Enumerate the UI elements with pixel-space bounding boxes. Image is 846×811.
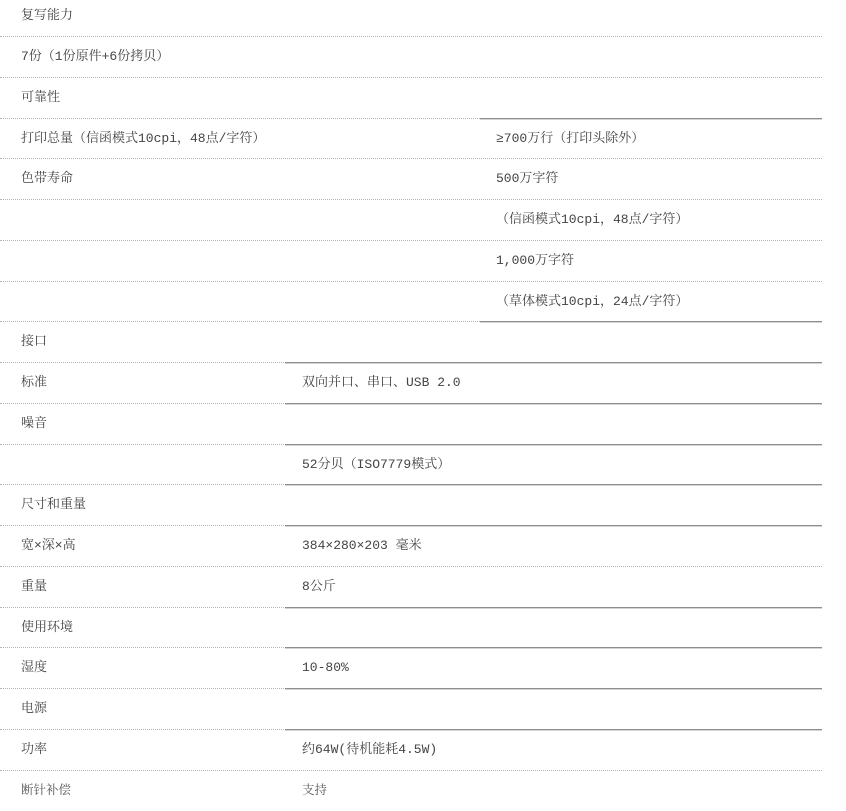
spec-label: 功率 — [21, 730, 47, 771]
section-heading: 接口 — [21, 322, 47, 363]
row-divider — [285, 444, 822, 445]
row-divider — [480, 321, 822, 322]
spec-value: ≥700万行（打印头除外） — [496, 119, 644, 160]
spec-row: 52分贝（ISO7779模式） — [0, 445, 822, 486]
spec-row: 色带寿命 500万字符 — [0, 159, 822, 200]
section-heading: 复写能力 — [21, 0, 73, 37]
spec-row: 7份（1份原件+6份拷贝） — [0, 37, 822, 78]
section-heading: 噪音 — [21, 404, 47, 445]
row-divider — [285, 729, 822, 730]
spec-label: 7份（1份原件+6份拷贝） — [21, 37, 169, 78]
spec-table: 复写能力 7份（1份原件+6份拷贝） 可靠性 打印总量（信函模式10cpi，48… — [0, 0, 822, 809]
spec-label: 重量 — [21, 567, 47, 608]
spec-value: （草体模式10cpi，24点/字符） — [496, 282, 688, 323]
spec-section-row: 复写能力 — [0, 0, 822, 37]
spec-row: 功率 约64W(待机能耗4.5W) — [0, 730, 822, 771]
row-divider — [285, 607, 822, 608]
spec-section-row: 可靠性 — [0, 78, 822, 119]
spec-value: 500万字符 — [496, 159, 558, 200]
row-divider — [480, 118, 822, 119]
spec-row: （草体模式10cpi，24点/字符） — [0, 282, 822, 323]
spec-row: 标准 双向并口、串口、USB 2.0 — [0, 363, 822, 404]
spec-row: 断针补偿 支持 — [0, 771, 822, 810]
spec-value: 1,000万字符 — [496, 241, 574, 282]
row-divider — [285, 688, 822, 689]
section-heading: 使用环境 — [21, 608, 73, 649]
row-divider — [285, 525, 822, 526]
spec-value: 双向并口、串口、USB 2.0 — [302, 363, 461, 404]
section-heading: 尺寸和重量 — [21, 485, 86, 526]
spec-value: 384×280×203 毫米 — [302, 526, 422, 567]
spec-section-row: 电源 — [0, 689, 822, 730]
spec-value: 10-80% — [302, 648, 349, 689]
spec-value: （信函模式10cpi，48点/字符） — [496, 200, 688, 241]
spec-section-row: 接口 — [0, 322, 822, 363]
spec-label: 湿度 — [21, 648, 47, 689]
spec-section-row: 尺寸和重量 — [0, 485, 822, 526]
spec-row: 打印总量（信函模式10cpi，48点/字符） ≥700万行（打印头除外） — [0, 119, 822, 160]
row-divider — [285, 403, 822, 404]
row-divider — [285, 484, 822, 485]
spec-value: 52分贝（ISO7779模式） — [302, 445, 450, 486]
row-divider — [285, 647, 822, 648]
spec-label: 色带寿命 — [21, 159, 73, 200]
spec-label: 打印总量（信函模式10cpi，48点/字符） — [21, 119, 265, 160]
spec-row: 重量 8公斤 — [0, 567, 822, 608]
spec-value: 8公斤 — [302, 567, 336, 608]
spec-row: 宽×深×高 384×280×203 毫米 — [0, 526, 822, 567]
spec-row: 1,000万字符 — [0, 241, 822, 282]
spec-label: 断针补偿 — [21, 771, 71, 810]
spec-label: 标准 — [21, 363, 47, 404]
section-heading: 电源 — [21, 689, 47, 730]
spec-section-row: 噪音 — [0, 404, 822, 445]
spec-label: 宽×深×高 — [21, 526, 76, 567]
section-heading: 可靠性 — [21, 78, 60, 119]
spec-value: 支持 — [302, 771, 327, 810]
spec-row: 湿度 10-80% — [0, 648, 822, 689]
spec-section-row: 使用环境 — [0, 608, 822, 649]
spec-value: 约64W(待机能耗4.5W) — [302, 730, 437, 771]
row-divider — [285, 362, 822, 363]
spec-row: （信函模式10cpi，48点/字符） — [0, 200, 822, 241]
